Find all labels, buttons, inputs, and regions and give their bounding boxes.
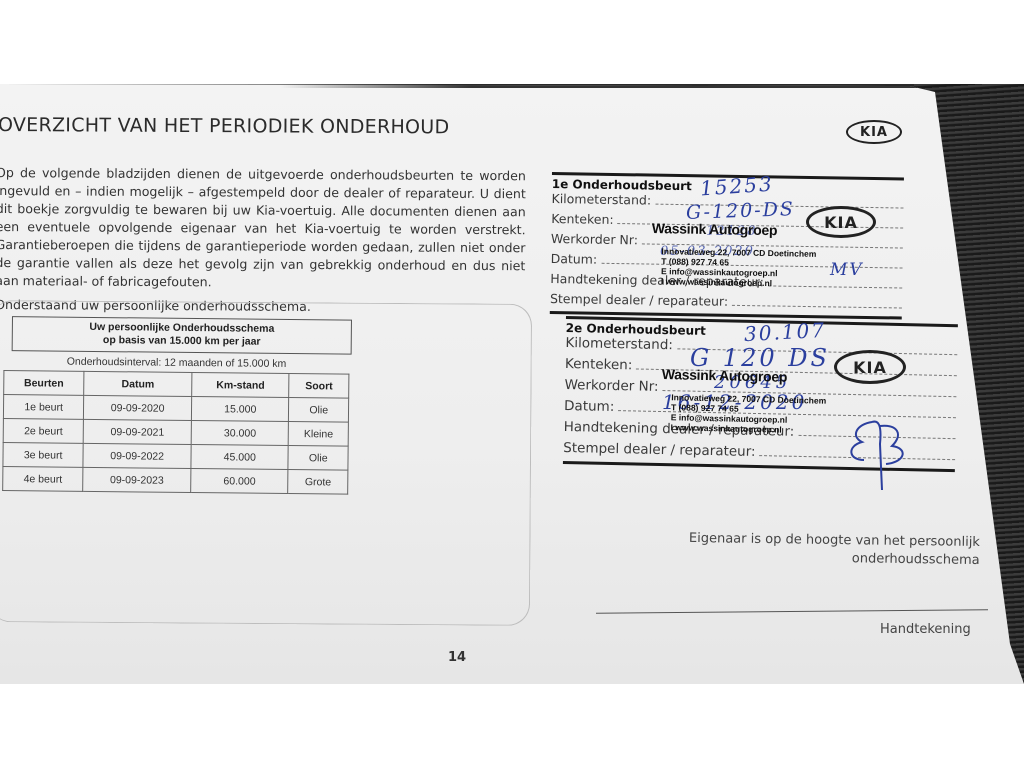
table-cell: 45.000 (191, 444, 289, 469)
stamp-kia-logo: KIA (806, 206, 876, 238)
owner-statement: Eigenaar is op de hoogte van het persoon… (620, 529, 980, 570)
schedule-title-line2: op basis van 15.000 km per jaar (13, 333, 351, 350)
field-label: Kilometerstand: (551, 191, 651, 208)
field-label: Datum: (564, 398, 615, 415)
table-cell: Olie (288, 446, 348, 471)
kia-logo: KIA (846, 120, 902, 144)
table-cell: Olie (289, 398, 349, 423)
field-label: Stempel dealer / reparateur: (550, 291, 728, 309)
schedule-table: Beurten Datum Km-stand Soort 1e beurt 09… (2, 370, 349, 495)
table-cell: 3e beurt (3, 443, 83, 468)
intro-paragraph: Op de volgende bladzijden dienen de uitg… (0, 164, 526, 293)
stamp-dealer-name: Wassink Autogroep (662, 366, 827, 386)
booklet-page: OVERZICHT VAN HET PERIODIEK ONDERHOUD KI… (0, 84, 1024, 684)
table-header-row: Beurten Datum Km-stand Soort (4, 371, 349, 399)
table-cell: 09-09-2022 (83, 443, 191, 468)
table-cell: 1e beurt (3, 395, 83, 420)
table-cell: 09-09-2023 (83, 467, 191, 492)
field-label: Stempel dealer / reparateur: (563, 440, 756, 460)
table-cell: 09-09-2020 (84, 395, 192, 420)
signature-line (596, 609, 988, 613)
field-label: Werkorder Nr: (564, 377, 658, 395)
intro-text: Op de volgende bladzijden dienen de uitg… (0, 164, 526, 317)
table-cell: 15.000 (191, 396, 289, 421)
schedule-interval: Onderhoudsinterval: 12 maanden of 15.000… (1, 355, 351, 371)
field-label: Kilometerstand: (565, 335, 673, 353)
column-header: Beurten (4, 371, 84, 396)
table-row: 1e beurt 09-09-2020 15.000 Olie (3, 395, 348, 423)
maintenance-schedule: Uw persoonlijke Onderhoudsschema op basi… (0, 316, 352, 495)
handwritten-km-1: 15253 (699, 171, 774, 200)
field-label: Datum: (551, 251, 598, 267)
field-label: Kenteken: (551, 211, 614, 227)
page-edge-shadow (280, 84, 920, 88)
dealer-stamp-2: Wassink Autogroep Innovatieweg 22, 7007 … (661, 366, 827, 436)
table-row: 4e beurt 09-09-2023 60.000 Grote (3, 467, 348, 495)
handwritten-signature-1: MV (830, 260, 864, 280)
dealer-stamp-1: Wassink Autogroep Innovatieweg 22, 7007 … (651, 220, 817, 289)
column-header: Km-stand (192, 372, 290, 397)
signature-label: Handtekening (880, 622, 971, 637)
table-cell: 09-09-2021 (83, 419, 191, 444)
column-header: Datum (84, 371, 192, 396)
table-row: 3e beurt 09-09-2022 45.000 Olie (3, 443, 348, 471)
handwritten-km-2: 30.107 (743, 318, 826, 346)
table-cell: Grote (288, 470, 348, 495)
table-cell: 30.000 (191, 420, 289, 445)
handwritten-signature-2 (842, 414, 912, 494)
table-cell: 2e beurt (3, 419, 83, 444)
table-cell: 4e beurt (3, 467, 83, 492)
table-row: 2e beurt 09-09-2021 30.000 Kleine (3, 419, 348, 447)
schedule-title-box: Uw persoonlijke Onderhoudsschema op basi… (12, 316, 352, 355)
page-title: OVERZICHT VAN HET PERIODIEK ONDERHOUD (0, 114, 450, 138)
page-number: 14 (448, 650, 466, 665)
table-cell: Kleine (289, 422, 349, 447)
field-label: Kenteken: (565, 356, 633, 373)
stamp-kia-logo: KIA (834, 350, 906, 384)
dashed-line (732, 295, 902, 309)
column-header: Soort (289, 374, 349, 399)
stamp-dealer-name: Wassink Autogroep (652, 220, 817, 239)
table-cell: 60.000 (191, 468, 289, 493)
field-label: Werkorder Nr: (551, 231, 638, 247)
booklet-photo: OVERZICHT VAN HET PERIODIEK ONDERHOUD KI… (0, 84, 1024, 684)
